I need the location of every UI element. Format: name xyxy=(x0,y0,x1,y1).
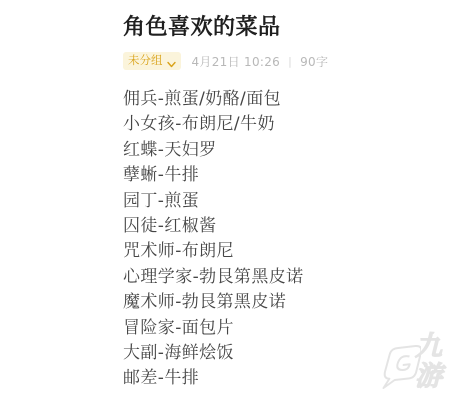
list-item: 囚徒-红椒酱 xyxy=(123,214,463,239)
dish-list: 佣兵-煎蛋/奶酪/面包 小女孩-布朗尼/牛奶 红蝶-天妇罗 孽蜥-牛排 园丁-煎… xyxy=(123,87,463,392)
note-meta-row: 未分组 4月21日 10:26 | 90字 xyxy=(123,52,463,70)
list-item: 心理学家-勃艮第黑皮诺 xyxy=(123,265,463,290)
page-title: 角色喜欢的菜品 xyxy=(123,13,463,43)
list-item: 园丁-煎蛋 xyxy=(123,189,463,214)
meta-divider: | xyxy=(288,55,292,68)
list-item: 大副-海鲜烩饭 xyxy=(123,341,463,366)
list-item: 佣兵-煎蛋/奶酪/面包 xyxy=(123,87,463,112)
note-date: 4月21日 10:26 xyxy=(192,53,281,70)
group-badge[interactable]: 未分组 xyxy=(123,52,181,70)
group-badge-label: 未分组 xyxy=(128,54,163,68)
word-count: 90字 xyxy=(300,53,328,70)
list-item: 冒险家-面包片 xyxy=(123,316,463,341)
note-meta-text: 4月21日 10:26 | 90字 xyxy=(192,53,329,70)
list-item: 小女孩-布朗尼/牛奶 xyxy=(123,112,463,137)
list-item: 红蝶-天妇罗 xyxy=(123,138,463,163)
list-item: 咒术师-布朗尼 xyxy=(123,239,463,264)
list-item: 邮差-牛排 xyxy=(123,366,463,391)
chevron-down-icon xyxy=(167,58,176,65)
note-page: 角色喜欢的菜品 未分组 4月21日 10:26 | 90字 佣兵-煎蛋/奶酪/面… xyxy=(123,13,463,392)
list-item: 孽蜥-牛排 xyxy=(123,163,463,188)
list-item: 魔术师-勃艮第黑皮诺 xyxy=(123,290,463,315)
